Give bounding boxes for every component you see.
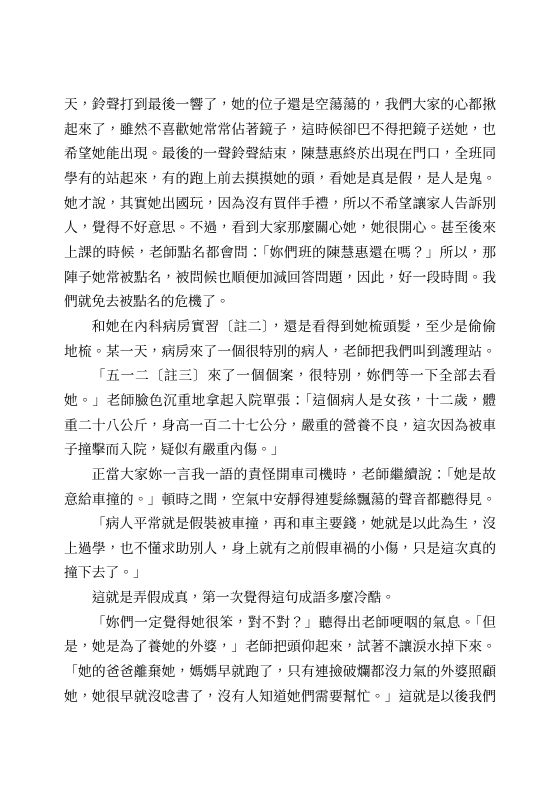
text-line: 學有的站起來，有的跑上前去摸摸她的頭，看她是真是假，是人是鬼。 — [64, 167, 496, 192]
text-line: 意給車撞的。」頓時之間，空氣中安靜得連髮絲飄蕩的聲音都聽得見。 — [64, 488, 496, 513]
text-line: 她。」老師臉色沉重地拿起入院單張：「這個病人是女孩，十二歲，體 — [64, 389, 496, 414]
text-line: 她，她很早就沒唸書了，沒有人知道她們需要幫忙。」這就是以後我們 — [64, 685, 496, 710]
text-line: 人，覺得不好意思。不過，看到大家那麼關心她，她很開心。甚至後來 — [64, 216, 496, 241]
text-line: 「五一二〔註三〕來了一個個案，很特別，妳們等一下全部去看 — [64, 364, 496, 389]
text-line: 是，她是為了養她的外婆，」老師把頭仰起來，試著不讓淚水掉下來。 — [64, 635, 496, 660]
text-column: 天，鈴聲打到最後一響了，她的位子還是空蕩蕩的，我們大家的心都揪起來了，雖然不喜歡… — [64, 93, 496, 709]
text-line: 起來了，雖然不喜歡她常常佔著鏡子，這時候卻巴不得把鏡子送她，也 — [64, 118, 496, 143]
document-page: 天，鈴聲打到最後一響了，她的位子還是空蕩蕩的，我們大家的心都揪起來了，雖然不喜歡… — [0, 0, 559, 794]
text-line: 撞下去了。」 — [64, 561, 496, 586]
text-line: 和她在內科病房實習〔註二〕，還是看得到她梳頭髮，至少是偷偷 — [64, 315, 496, 340]
text-line: 她才說，其實她出國玩，因為沒有買伴手禮，所以不希望讓家人告訴別 — [64, 192, 496, 217]
text-line: 「病人平常就是假裝被車撞，再和車主要錢，她就是以此為生，沒 — [64, 512, 496, 537]
text-line: 重二十八公斤，身高一百二十七公分，嚴重的營養不良，這次因為被車 — [64, 414, 496, 439]
text-line: 陣子她常被點名，被問候也順便加減回答問題，因此，好一段時間。我 — [64, 266, 496, 291]
text-line: 「妳們一定覺得她很笨，對不對？」聽得出老師哽咽的氣息。「但 — [64, 611, 496, 636]
text-line: 地梳。某一天，病房來了一個很特別的病人，老師把我們叫到護理站。 — [64, 340, 496, 365]
text-line: 上課的時候，老師點名都會問：「妳們班的陳慧惠還在嗎？」所以，那 — [64, 241, 496, 266]
text-line: 們就免去被點名的危機了。 — [64, 290, 496, 315]
text-line: 子撞擊而入院，疑似有嚴重內傷。」 — [64, 438, 496, 463]
text-line: 「她的爸爸離棄她，媽媽早就跑了，只有連撿破爛都沒力氣的外婆照顧 — [64, 660, 496, 685]
text-line: 正當大家妳一言我一語的責怪開車司機時，老師繼續說：「她是故 — [64, 463, 496, 488]
text-line: 天，鈴聲打到最後一響了，她的位子還是空蕩蕩的，我們大家的心都揪 — [64, 93, 496, 118]
text-line: 這就是弄假成真，第一次覺得這句成語多麼冷酷。 — [64, 586, 496, 611]
text-line: 希望她能出現。最後的一聲鈴聲結束，陳慧惠終於出現在門口，全班同 — [64, 142, 496, 167]
text-line: 上過學，也不懂求助別人，身上就有之前假車禍的小傷，只是這次真的 — [64, 537, 496, 562]
